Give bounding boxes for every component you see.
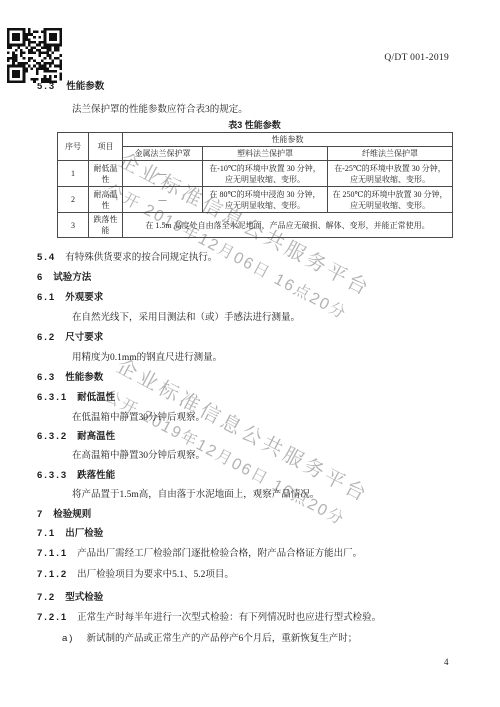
cell-metal: — — [123, 161, 203, 187]
cell-item: 耐高温性 — [89, 187, 123, 213]
heading-6: 6试验方法 — [37, 272, 91, 284]
heading-number: 6.1 — [37, 292, 56, 303]
heading-text: 性能参数 — [65, 372, 103, 383]
paragraph: 将产品置于1.5m高，自由落于水泥地面上，观察产品情况。 — [72, 489, 319, 501]
heading-text: 尺寸要求 — [65, 332, 103, 343]
heading-text: 出厂检验 — [65, 528, 103, 539]
cell-index: 2 — [58, 187, 89, 213]
heading-7: 7检验规则 — [37, 509, 91, 521]
heading-number: 7.2 — [37, 592, 56, 603]
cell-metal: — — [123, 187, 203, 213]
heading-6-3: 6.3性能参数 — [37, 372, 103, 384]
clause-number: 7.1.2 — [37, 569, 68, 580]
cell-index: 3 — [58, 213, 89, 238]
watermark: 企业标准信息公共服务平台 公开 2019年12月06日 16点20分 — [98, 350, 375, 534]
heading-number: 6.3.3 — [37, 470, 68, 481]
table-title: 表3 性能参数 — [57, 118, 452, 131]
col-header-params: 性能参数 — [123, 133, 453, 147]
clause-5-4: 5.4有特殊供货要求的按合同规定执行。 — [37, 252, 217, 264]
heading-number: 7.1 — [37, 528, 56, 539]
cell-item: 跌落性能 — [89, 213, 123, 238]
col-header-plastic: 塑料法兰保护罩 — [203, 147, 328, 161]
clause-text: 出厂检验项目为要求中5.1、5.2项目。 — [77, 570, 234, 580]
heading-text: 型式检验 — [65, 592, 103, 603]
heading-text: 耐高温性 — [77, 431, 115, 442]
heading-text: 耐低温性 — [77, 392, 115, 403]
heading-number: 6.3.2 — [37, 431, 68, 442]
cell-item: 耐低温性 — [89, 161, 123, 187]
clause-number: 5.4 — [37, 252, 56, 263]
clause-number: 7.2.1 — [37, 612, 68, 623]
cell-fiber: 在 250℃的环境中放置 30 分钟，应无明显收缩、变形。 — [328, 187, 453, 213]
heading-text: 检验规则 — [53, 509, 91, 520]
clause-number: 7.1.1 — [37, 548, 68, 559]
list-item-a: a)新试制的产品或正常生产的产品停产6个月后，重新恢复生产时； — [62, 633, 357, 645]
clause-7-1-2: 7.1.2出厂检验项目为要求中5.1、5.2项目。 — [37, 569, 234, 581]
table-header-row-1: 序号 项目 性能参数 — [58, 133, 453, 147]
heading-6-1: 6.1外观要求 — [37, 292, 103, 304]
heading-7-2: 7.2型式检验 — [37, 592, 103, 604]
document-page: 企业标准信息公共服务平台 公开 2019年12月06日 16点20分 企业标准信… — [0, 0, 500, 707]
paragraph: 在自然光线下，采用目测法和（或）手感法进行测量。 — [72, 312, 300, 324]
section-title: 性能参数 — [66, 81, 104, 92]
heading-7-1: 7.1出厂检验 — [37, 528, 103, 540]
paragraph: 用精度为0.1mm的钢直尺进行测量。 — [72, 352, 222, 364]
heading-number: 6.3 — [37, 372, 56, 383]
section-intro-paragraph: 法兰保护罩的性能参数应符合表3的规定。 — [72, 101, 248, 115]
cell-plastic: 在-10℃的环境中放置 30 分钟，应无明显收缩、变形。 — [203, 161, 328, 187]
col-header-fiber: 纤维法兰保护罩 — [328, 147, 453, 161]
cell-index: 1 — [58, 161, 89, 187]
col-header-metal: 金属法兰保护罩 — [123, 147, 203, 161]
heading-number: 6 — [37, 272, 44, 283]
cell-plastic: 在 80℃的环境中浸泡 30 分钟，应无明显收缩、变形。 — [203, 187, 328, 213]
heading-6-3-3: 6.3.3跌落性能 — [37, 470, 115, 482]
paragraph: 在高温箱中静置30分钟后观察。 — [72, 450, 205, 462]
heading-text: 外观要求 — [65, 292, 103, 303]
list-item-text: 新试制的产品或正常生产的产品停产6个月后，重新恢复生产时； — [86, 634, 357, 644]
heading-text: 跌落性能 — [77, 470, 115, 481]
performance-table: 序号 项目 性能参数 金属法兰保护罩 塑料法兰保护罩 纤维法兰保护罩 1 耐低温… — [57, 132, 453, 238]
clause-text: 正常生产时每半年进行一次型式检验：有下列情况时也应进行型式检验。 — [77, 613, 381, 623]
table-row: 3 跌落性能 在 1.5m 高度处自由落至水泥地面，产品应无破损、解体、变形，并… — [58, 213, 453, 238]
heading-6-3-2: 6.3.2耐高温性 — [37, 431, 115, 443]
standard-code: Q/DT 001-2019 — [384, 53, 449, 63]
qr-code-icon — [7, 28, 62, 83]
col-header-index: 序号 — [58, 133, 89, 161]
paragraph: 在低温箱中静置30分钟后观察。 — [72, 412, 205, 424]
cell-fiber: 在-25℃的环境中放置 30 分钟，应无明显收缩、变形。 — [328, 161, 453, 187]
clause-7-1-1: 7.1.1产品出厂需经工厂检验部门逐批检验合格，附产品合格证方能出厂。 — [37, 548, 362, 560]
clause-text: 有特殊供货要求的按合同规定执行。 — [65, 253, 217, 263]
heading-6-3-1: 6.3.1耐低温性 — [37, 392, 115, 404]
page-number: 4 — [444, 657, 449, 667]
list-item-marker: a) — [62, 633, 74, 644]
heading-number: 6.3.1 — [37, 392, 68, 403]
col-header-item: 项目 — [89, 133, 123, 161]
table-row: 1 耐低温性 — 在-10℃的环境中放置 30 分钟，应无明显收缩、变形。 在-… — [58, 161, 453, 187]
heading-number: 6.2 — [37, 332, 56, 343]
table-row: 2 耐高温性 — 在 80℃的环境中浸泡 30 分钟，应无明显收缩、变形。 在 … — [58, 187, 453, 213]
clause-7-2-1: 7.2.1正常生产时每半年进行一次型式检验：有下列情况时也应进行型式检验。 — [37, 612, 381, 624]
clause-text: 产品出厂需经工厂检验部门逐批检验合格，附产品合格证方能出厂。 — [77, 549, 362, 559]
watermark-platform-text: 企业标准信息公共服务平台 — [112, 350, 375, 508]
heading-text: 试验方法 — [53, 272, 91, 283]
heading-number: 7 — [37, 509, 44, 520]
heading-6-2: 6.2尺寸要求 — [37, 332, 103, 344]
cell-all-materials: 在 1.5m 高度处自由落至水泥地面，产品应无破损、解体、变形，并能正常使用。 — [123, 213, 453, 238]
